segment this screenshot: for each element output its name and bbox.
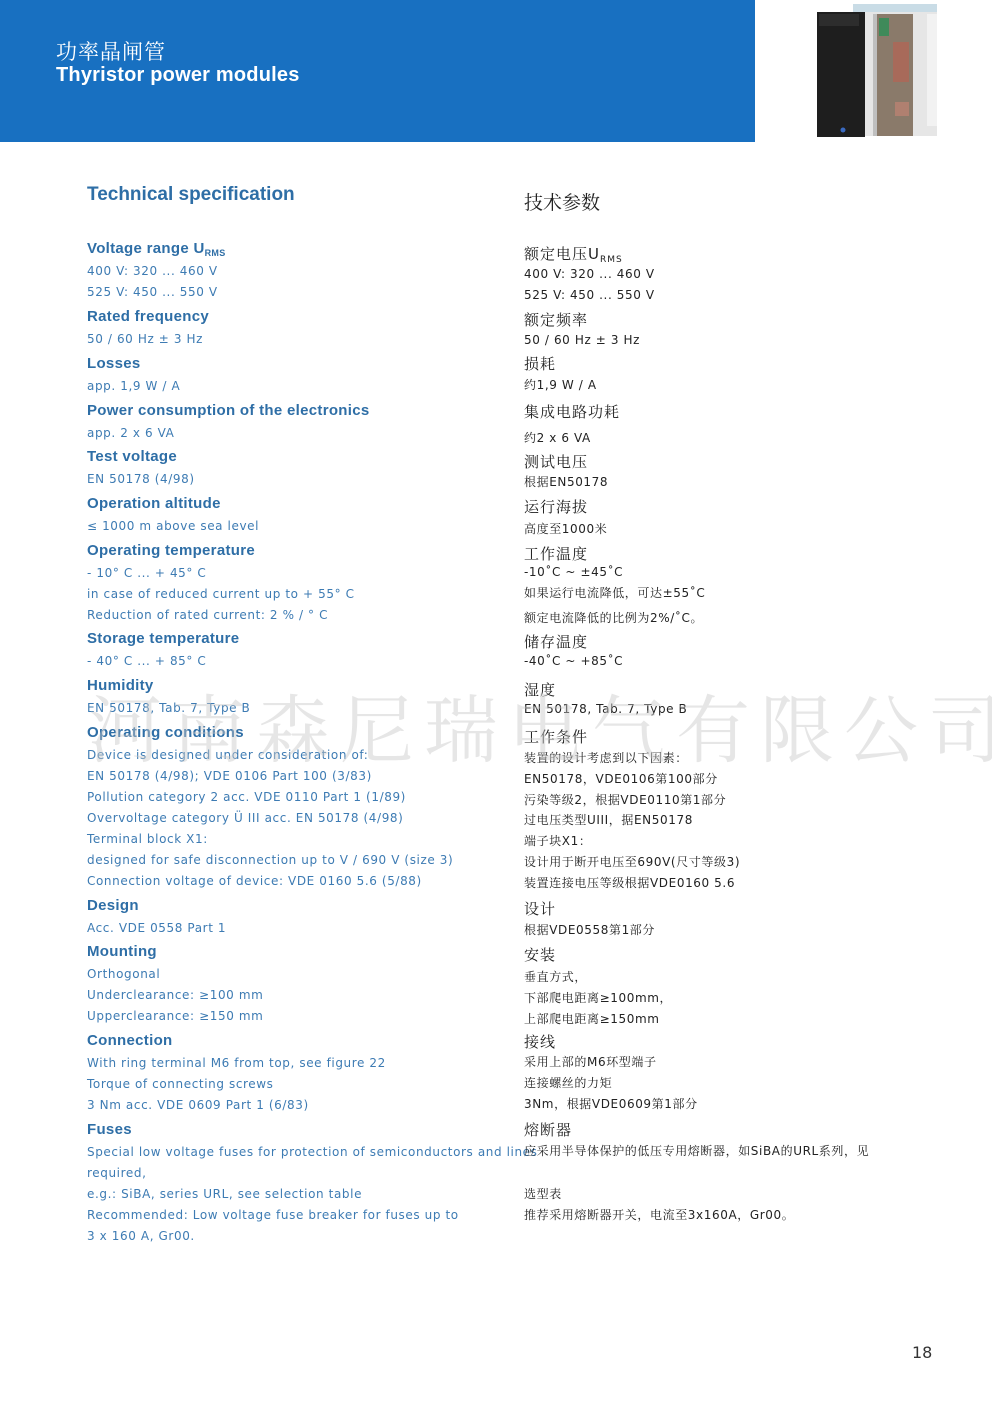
spec-line: 设计用于断开电压至690V(尺寸等级3) (524, 853, 740, 870)
spec-line: Orthogonal (87, 967, 160, 981)
heading-power-consumption: Power consumption of the electronics (87, 402, 370, 419)
spec-line: Terminal block X1: (87, 832, 208, 846)
spec-line: 400 V: 320 ... 460 V (87, 264, 218, 278)
heading-test-voltage-cn: 测试电压 (524, 451, 588, 472)
spec-line: 525 V: 450 ... 550 V (87, 285, 218, 299)
spec-line: 上部爬电距离≥150mm (524, 1010, 660, 1027)
spec-line: 根据EN50178 (524, 473, 608, 490)
spec-line: 3 Nm acc. VDE 0609 Part 1 (6/83) (87, 1098, 309, 1112)
spec-line: 垂直方式， (524, 968, 587, 985)
heading-humidity: Humidity (87, 677, 154, 694)
spec-line: 如果运行电流降低，可达±55˚C (524, 584, 705, 601)
spec-line: 约2 x 6 VA (524, 429, 591, 446)
spec-line: 采用上部的M6环型端子 (524, 1053, 657, 1070)
heading-losses: Losses (87, 355, 141, 372)
spec-line: in case of reduced current up to + 55° C (87, 587, 355, 601)
heading-operating-conditions: Operating conditions (87, 724, 244, 741)
heading-power-consumption-cn: 集成电路功耗 (524, 401, 620, 422)
spec-line: 装置的设计考虑到以下因素： (524, 749, 688, 766)
spec-line: Connection voltage of device: VDE 0160 5… (87, 874, 422, 888)
spec-line: 应采用半导体保护的低压专用熔断器，如SiBA的URL系列，见 (524, 1142, 869, 1159)
product-photo-image (815, 2, 941, 137)
spec-line: Torque of connecting screws (87, 1077, 274, 1091)
heading-rated-frequency: Rated frequency (87, 308, 209, 325)
spec-line: 过电压类型UIII，据EN50178 (524, 811, 693, 828)
spec-line: 525 V: 450 ... 550 V (524, 288, 655, 302)
spec-line: EN 50178, Tab. 7, Type B (87, 701, 250, 715)
heading-connection: Connection (87, 1032, 173, 1049)
spec-line: 3Nm，根据VDE0609第1部分 (524, 1095, 698, 1112)
heading-humidity-cn: 湿度 (524, 679, 556, 700)
spec-line: designed for safe disconnection up to V … (87, 853, 453, 867)
spec-line: e.g.: SiBA, series URL, see selection ta… (87, 1187, 362, 1201)
spec-line: app. 2 x 6 VA (87, 426, 174, 440)
section-title-cn: 技术参数 (524, 188, 600, 215)
heading-operating-temperature: Operating temperature (87, 542, 255, 559)
spec-line: Special low voltage fuses for protection… (87, 1145, 538, 1159)
spec-line: With ring terminal M6 from top, see figu… (87, 1056, 386, 1070)
spec-line: 额定电流降低的比例为2%/˚C。 (524, 609, 703, 626)
spec-line: Device is designed under consideration o… (87, 748, 368, 762)
spec-line: Pollution category 2 acc. VDE 0110 Part … (87, 790, 406, 804)
spec-line: EN 50178 (4/98) (87, 472, 195, 486)
heading-voltage-range-cn: 额定电压URMS (524, 243, 623, 265)
spec-line: 选型表 (524, 1185, 562, 1202)
spec-line: app. 1,9 W / A (87, 379, 180, 393)
heading-operating-temperature-cn: 工作温度 (524, 543, 588, 564)
spec-line: 根据VDE0558第1部分 (524, 921, 655, 938)
spec-line: 约1,9 W / A (524, 376, 597, 393)
spec-line: EN 50178 (4/98); VDE 0106 Part 100 (3/83… (87, 769, 372, 783)
spec-line: Reduction of rated current: 2 % / ° C (87, 608, 328, 622)
heading-operation-altitude-cn: 运行海拔 (524, 496, 588, 517)
spec-line: 装置连接电压等级根据VDE0160 5.6 (524, 874, 735, 891)
header-banner: 功率晶闸管 Thyristor power modules (0, 0, 755, 142)
spec-line: Upperclearance: ≥150 mm (87, 1009, 263, 1023)
spec-line: 连接螺丝的力矩 (524, 1074, 612, 1091)
spec-line: -40˚C ~ +85˚C (524, 654, 623, 668)
spec-line: Underclearance: ≥100 mm (87, 988, 263, 1002)
spec-line: 端子块X1： (524, 832, 591, 849)
spec-line: -10˚C ~ ±45˚C (524, 565, 623, 579)
heading-operation-altitude: Operation altitude (87, 495, 221, 512)
spec-line: required, (87, 1166, 147, 1180)
heading-storage-temperature-cn: 储存温度 (524, 631, 588, 652)
heading-design: Design (87, 897, 139, 914)
spec-line: EN 50178, Tab. 7, Type B (524, 702, 687, 716)
section-title-en: Technical specification (87, 184, 295, 206)
heading-connection-cn: 接线 (524, 1031, 556, 1052)
heading-test-voltage: Test voltage (87, 448, 177, 465)
spec-line: Recommended: Low voltage fuse breaker fo… (87, 1208, 459, 1222)
spec-line: 推荐采用熔断器开关，电流至3x160A，Gr00。 (524, 1206, 794, 1223)
spec-line: Acc. VDE 0558 Part 1 (87, 921, 226, 935)
spec-line: 50 / 60 Hz ± 3 Hz (524, 333, 640, 347)
title-en: Thyristor power modules (56, 64, 300, 87)
spec-line: - 10° C ... + 45° C (87, 566, 206, 580)
spec-line: Overvoltage category Ü III acc. EN 50178… (87, 811, 403, 825)
spec-line: 50 / 60 Hz ± 3 Hz (87, 332, 203, 346)
spec-line: 3 x 160 A, Gr00. (87, 1229, 195, 1243)
spec-line: 污染等级2，根据VDE0110第1部分 (524, 791, 726, 808)
spec-line: EN50178，VDE0106第100部分 (524, 770, 718, 787)
title-cn: 功率晶闸管 (56, 36, 166, 66)
heading-storage-temperature: Storage temperature (87, 630, 239, 647)
heading-design-cn: 设计 (524, 898, 556, 919)
heading-mounting: Mounting (87, 943, 157, 960)
heading-operating-conditions-cn: 工作条件 (524, 726, 588, 747)
heading-fuses: Fuses (87, 1121, 132, 1138)
spec-line: 高度至1000米 (524, 520, 607, 537)
heading-mounting-cn: 安装 (524, 944, 556, 965)
spec-line: 400 V: 320 ... 460 V (524, 267, 655, 281)
page-number: 18 (912, 1343, 932, 1362)
heading-losses-cn: 损耗 (524, 353, 556, 374)
heading-rated-frequency-cn: 额定频率 (524, 309, 588, 330)
spec-line: ≤ 1000 m above sea level (87, 519, 259, 533)
spec-line: 下部爬电距离≥100mm， (524, 989, 672, 1006)
heading-fuses-cn: 熔断器 (524, 1119, 572, 1140)
heading-voltage-range: Voltage range URMS (87, 240, 226, 258)
spec-line: - 40° C ... + 85° C (87, 654, 206, 668)
